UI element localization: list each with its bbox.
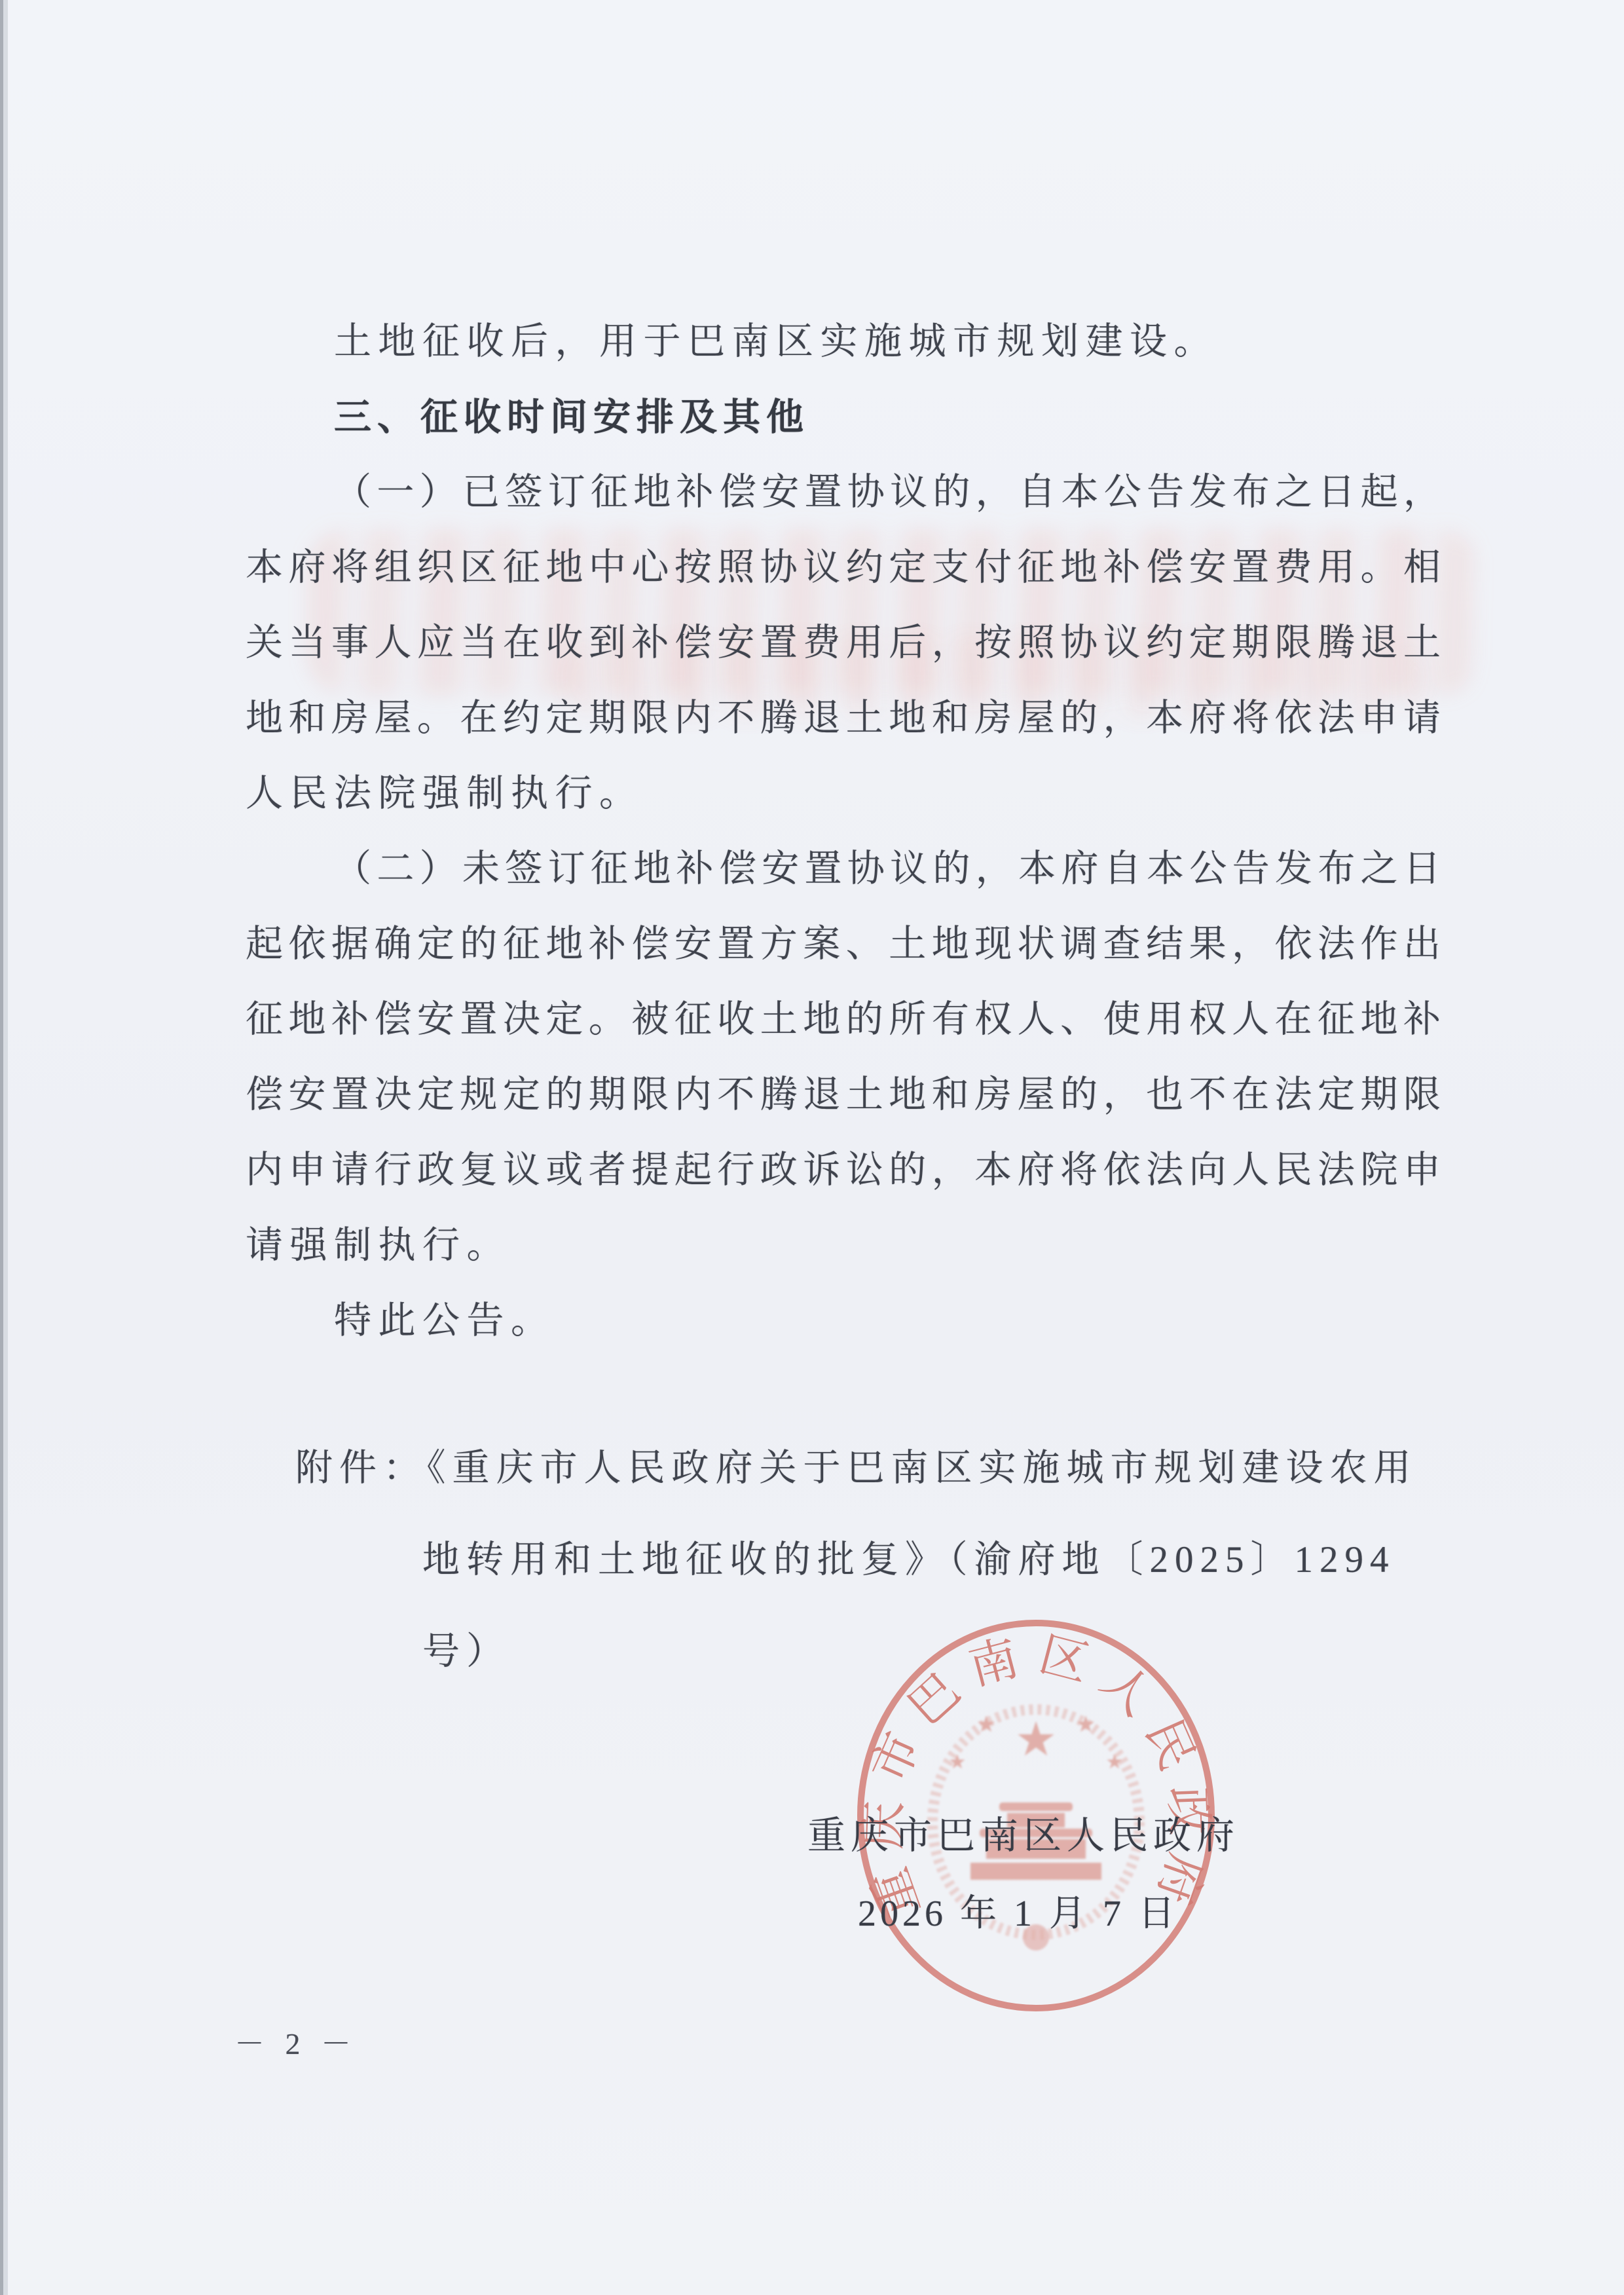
body-line: 请强制执行。 <box>246 1226 511 1267</box>
svg-text:★: ★ <box>1015 1711 1058 1766</box>
attachment-line: 号） <box>422 1632 510 1673</box>
body-line: 特此公告。 <box>334 1301 555 1342</box>
svg-text:★: ★ <box>1076 1711 1096 1738</box>
body-line: 征地补偿安置决定。被征收土地的所有权人、使用权人在征地补 <box>246 1000 1441 1041</box>
body-line: 三、征收时间安排及其他 <box>334 398 809 438</box>
body-line: （二）未签订征地补偿安置协议的，本府自本公告发布之日 <box>334 849 1441 890</box>
page-number: － 2 － <box>234 2028 358 2061</box>
body-line: 土地征收后，用于巴南区实施城市规划建设。 <box>334 322 1218 363</box>
attachment-line: 地转用和土地征收的批复》（渝府地〔2025〕1294 <box>422 1540 1395 1581</box>
body-line: 地和房屋。在约定期限内不腾退土地和房屋的，本府将依法申请 <box>246 699 1441 739</box>
body-line: 起依据确定的征地补偿安置方案、土地现状调查结果，依法作出 <box>246 925 1441 965</box>
body-line: 人民法院强制执行。 <box>246 774 644 815</box>
attachment-line: 附件：《重庆市人民政府关于巴南区实施城市规划建设农用 <box>295 1449 1418 1489</box>
body-line: 内申请行政复议或者提起行政诉讼的，本府将依法向人民法院申 <box>246 1151 1441 1191</box>
svg-text:★: ★ <box>976 1711 996 1738</box>
seal-ring-text: 重庆市巴南区人民政府 <box>856 1628 1215 1924</box>
scan-left-edge-shadow <box>3 0 8 2295</box>
svg-text:★: ★ <box>1106 1751 1124 1774</box>
body-line: 本府将组织区征地中心按照协议约定支付征地补偿安置费用。相 <box>246 548 1441 589</box>
scanned-document-page: 土地征收后，用于巴南区实施城市规划建设。三、征收时间安排及其他（一）已签订征地补… <box>0 0 1624 2295</box>
body-line: 偿安置决定规定的期限内不腾退土地和房屋的，也不在法定期限 <box>246 1075 1441 1116</box>
body-line: （一）已签订征地补偿安置协议的，自本公告发布之日起， <box>334 473 1441 513</box>
issue-date: 2026 年 1 月 7 日 <box>858 1894 1179 1933</box>
issuing-authority: 重庆市巴南区人民政府 <box>807 1816 1240 1856</box>
body-line: 关当事人应当在收到补偿安置费用后，按照协议约定期限腾退土 <box>246 624 1441 664</box>
svg-text:★: ★ <box>949 1751 967 1774</box>
